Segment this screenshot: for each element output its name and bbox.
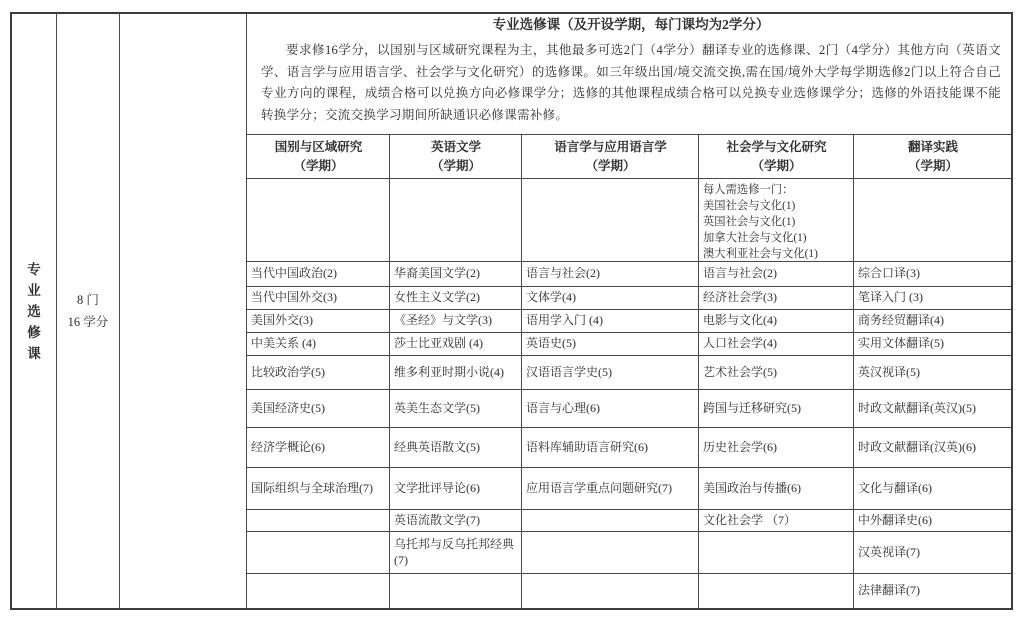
course-cell: 法律翻译(7) xyxy=(854,574,1011,608)
curriculum-table: 专业选修课 8 门 16 学分 专业选修课（及开设学期，每门课均为2学分） 要求… xyxy=(10,12,1013,610)
course-cell: 美国经济史(5) xyxy=(247,390,390,428)
course-cell: 文体学(4) xyxy=(522,287,699,310)
course-cell: 莎士比亚戏剧 (4) xyxy=(390,333,522,356)
course-cell: 国际组织与全球治理(7) xyxy=(247,468,390,510)
section-title: 专业选修课（及开设学期，每门课均为2学分） xyxy=(261,16,1001,34)
course-cell: 经典英语散文(5) xyxy=(390,428,522,468)
course-cell: 美国政治与传播(6) xyxy=(699,468,854,510)
course-cell: 实用文体翻译(5) xyxy=(854,333,1011,356)
course-cell: 英语流散文学(7) xyxy=(390,510,522,532)
course-cell: 商务经贸翻译(4) xyxy=(854,310,1011,333)
course-cell: 艺术社会学(5) xyxy=(699,356,854,390)
course-cell xyxy=(522,179,699,262)
course-cell: 文化与翻译(6) xyxy=(854,468,1011,510)
course-count-line1: 8 门 xyxy=(77,289,99,311)
course-cell: 语用学入门 (4) xyxy=(522,310,699,333)
course-cell xyxy=(699,574,854,608)
course-cell xyxy=(522,532,699,574)
course-cell: 汉语语言学史(5) xyxy=(522,356,699,390)
course-grid: 国别与区域研究 （学期）英语文学 （学期）语言学与应用语言学 （学期）社会学与文… xyxy=(247,135,1011,608)
course-cell: 乌托邦与反乌托邦经典(7) xyxy=(390,532,522,574)
course-cell: 时政文献翻译(汉英)(6) xyxy=(854,428,1011,468)
category-cell: 专业选修课 xyxy=(12,14,57,608)
course-cell: 英美生态文学(5) xyxy=(390,390,522,428)
course-cell: 美国外交(3) xyxy=(247,310,390,333)
course-cell: 应用语言学重点问题研究(7) xyxy=(522,468,699,510)
course-cell xyxy=(854,179,1011,262)
course-cell: 语言与社会(2) xyxy=(522,262,699,287)
course-cell: 文学批评导论(6) xyxy=(390,468,522,510)
course-cell: 女性主义文学(2) xyxy=(390,287,522,310)
column-header: 社会学与文化研究 （学期） xyxy=(699,135,854,179)
course-cell: 汉英视译(7) xyxy=(854,532,1011,574)
course-cell: 当代中国政治(2) xyxy=(247,262,390,287)
course-count-cell: 8 门 16 学分 xyxy=(57,14,120,608)
course-cell xyxy=(247,179,390,262)
course-cell xyxy=(247,510,390,532)
course-cell: 跨国与迁移研究(5) xyxy=(699,390,854,428)
course-cell xyxy=(247,532,390,574)
column-header: 国别与区域研究 （学期） xyxy=(247,135,390,179)
category-label: 专业选修课 xyxy=(27,259,42,364)
course-cell xyxy=(522,574,699,608)
course-cell: 语言与社会(2) xyxy=(699,262,854,287)
column-header: 翻译实践 （学期） xyxy=(854,135,1011,179)
course-cell: 人口社会学(4) xyxy=(699,333,854,356)
column-header: 语言学与应用语言学 （学期） xyxy=(522,135,699,179)
column-header: 英语文学 （学期） xyxy=(390,135,522,179)
course-cell: 文化社会学 （7） xyxy=(699,510,854,532)
course-cell: 中美关系 (4) xyxy=(247,333,390,356)
course-cell xyxy=(699,532,854,574)
course-cell: 英语史(5) xyxy=(522,333,699,356)
course-cell: 《圣经》与文学(3) xyxy=(390,310,522,333)
course-cell xyxy=(390,574,522,608)
electives-section: 专业选修课（及开设学期，每门课均为2学分） 要求修16学分，以国别与区域研究课程… xyxy=(247,14,1011,608)
course-cell: 英汉视译(5) xyxy=(854,356,1011,390)
course-cell: 每人需选修一门： 美国社会与文化(1) 英国社会与文化(1) 加拿大社会与文化(… xyxy=(699,179,854,262)
course-cell xyxy=(390,179,522,262)
course-count-line2: 16 学分 xyxy=(68,311,109,333)
course-cell: 维多利亚时期小说(4) xyxy=(390,356,522,390)
section-description: 要求修16学分，以国别与区域研究课程为主，其他最多可选2门（4学分）翻译专业的选… xyxy=(261,40,1001,126)
course-cell: 语料库辅助语言研究(6) xyxy=(522,428,699,468)
course-cell xyxy=(247,574,390,608)
course-cell: 语言与心理(6) xyxy=(522,390,699,428)
course-cell: 历史社会学(6) xyxy=(699,428,854,468)
course-cell: 比较政治学(5) xyxy=(247,356,390,390)
course-cell: 经济学概论(6) xyxy=(247,428,390,468)
course-cell: 华裔美国文学(2) xyxy=(390,262,522,287)
course-cell: 中外翻译史(6) xyxy=(854,510,1011,532)
course-cell: 笔译入门 (3) xyxy=(854,287,1011,310)
intro-cell: 专业选修课（及开设学期，每门课均为2学分） 要求修16学分，以国别与区域研究课程… xyxy=(247,14,1011,135)
course-cell: 综合口译(3) xyxy=(854,262,1011,287)
course-cell: 电影与文化(4) xyxy=(699,310,854,333)
course-cell: 经济社会学(3) xyxy=(699,287,854,310)
course-cell xyxy=(522,510,699,532)
course-cell: 当代中国外交(3) xyxy=(247,287,390,310)
empty-spacer-cell xyxy=(120,14,247,608)
course-cell: 时政文献翻译(英汉)(5) xyxy=(854,390,1011,428)
